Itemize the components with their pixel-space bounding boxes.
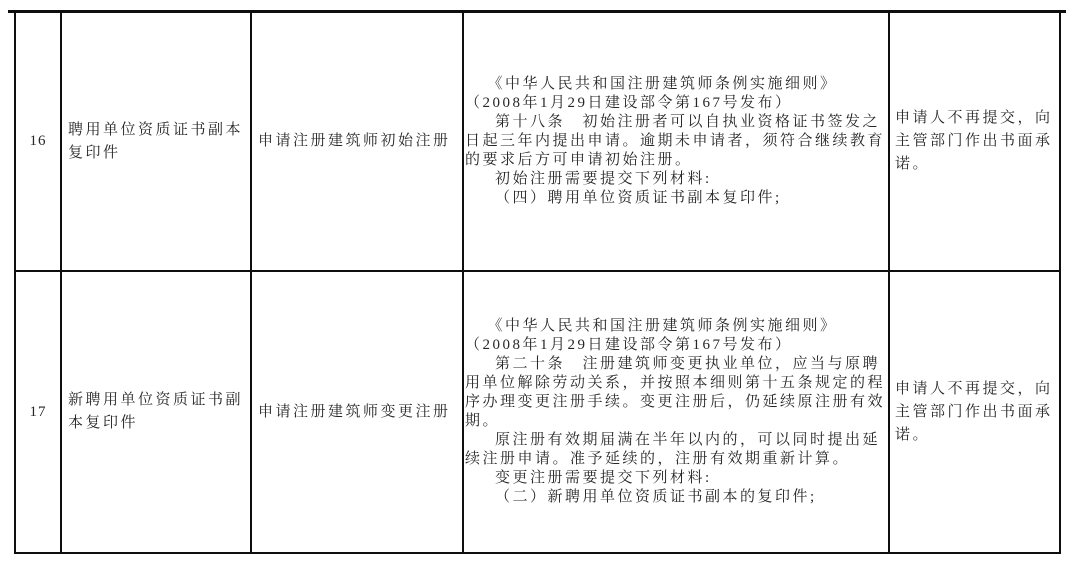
document-page: 16 聘用单位资质证书副本复印件 申请注册建筑师初始注册 《中华人民共和国注册建… [0, 0, 1080, 578]
application-matter-cell: 申请注册建筑师初始注册 [252, 13, 464, 270]
application-matter: 申请注册建筑师变更注册 [258, 401, 460, 424]
commitment-note-cell: 申请人不再提交，向主管部门作出书面承诺。 [890, 13, 1059, 270]
material-name-cell: 聘用单位资质证书副本复印件 [62, 13, 252, 270]
material-name: 新聘用单位资质证书副本复印件 [68, 389, 248, 435]
materials-table: 16 聘用单位资质证书副本复印件 申请注册建筑师初始注册 《中华人民共和国注册建… [14, 13, 1061, 554]
commitment-note: 申请人不再提交，向主管部门作出书面承诺。 [895, 107, 1056, 176]
application-matter: 申请注册建筑师初始注册 [258, 130, 460, 153]
serial-number-cell: 16 [16, 13, 62, 270]
basis-paragraph: 变更注册需要提交下列材料: [465, 469, 887, 488]
commitment-note-cell: 申请人不再提交，向主管部门作出书面承诺。 [890, 272, 1059, 552]
serial-number: 17 [30, 401, 47, 424]
serial-number-cell: 17 [16, 272, 62, 552]
basis-paragraph: 第二十条 注册建筑师变更执业单位，应当与原聘用单位解除劳动关系，并按照本细则第十… [465, 355, 887, 431]
basis-paragraph: 原注册有效期届满在半年以内的，可以同时提出延续注册申请。准予延续的，注册有效期重… [465, 431, 887, 469]
serial-number: 16 [30, 130, 47, 153]
commitment-note: 申请人不再提交，向主管部门作出书面承诺。 [895, 378, 1056, 447]
basis-paragraph: 第十八条 初始注册者可以自执业资格证书签发之日起三年内提出申请。逾期未申请者，须… [465, 113, 887, 170]
material-name: 聘用单位资质证书副本复印件 [68, 119, 248, 165]
material-name-cell: 新聘用单位资质证书副本复印件 [62, 272, 252, 552]
basis-paragraph: 《中华人民共和国注册建筑师条例实施细则》 [465, 75, 887, 94]
legal-basis-cell: 《中华人民共和国注册建筑师条例实施细则》 （2008年1月29日建设部令第167… [464, 13, 890, 270]
basis-paragraph: 《中华人民共和国注册建筑师条例实施细则》 [465, 317, 887, 336]
basis-paragraph: 初始注册需要提交下列材料: [465, 170, 887, 189]
legal-basis-cell: 《中华人民共和国注册建筑师条例实施细则》 （2008年1月29日建设部令第167… [464, 272, 890, 552]
table-row-17: 17 新聘用单位资质证书副本复印件 申请注册建筑师变更注册 《中华人民共和国注册… [16, 272, 1059, 552]
basis-paragraph: （2008年1月29日建设部令第167号发布） [465, 94, 887, 113]
basis-paragraph: （四）聘用单位资质证书副本复印件; [465, 189, 887, 208]
application-matter-cell: 申请注册建筑师变更注册 [252, 272, 464, 552]
table-row-16: 16 聘用单位资质证书副本复印件 申请注册建筑师初始注册 《中华人民共和国注册建… [16, 13, 1059, 272]
basis-paragraph: （二）新聘用单位资质证书副本的复印件; [465, 488, 887, 507]
basis-paragraph: （2008年1月29日建设部令第167号发布） [465, 336, 887, 355]
